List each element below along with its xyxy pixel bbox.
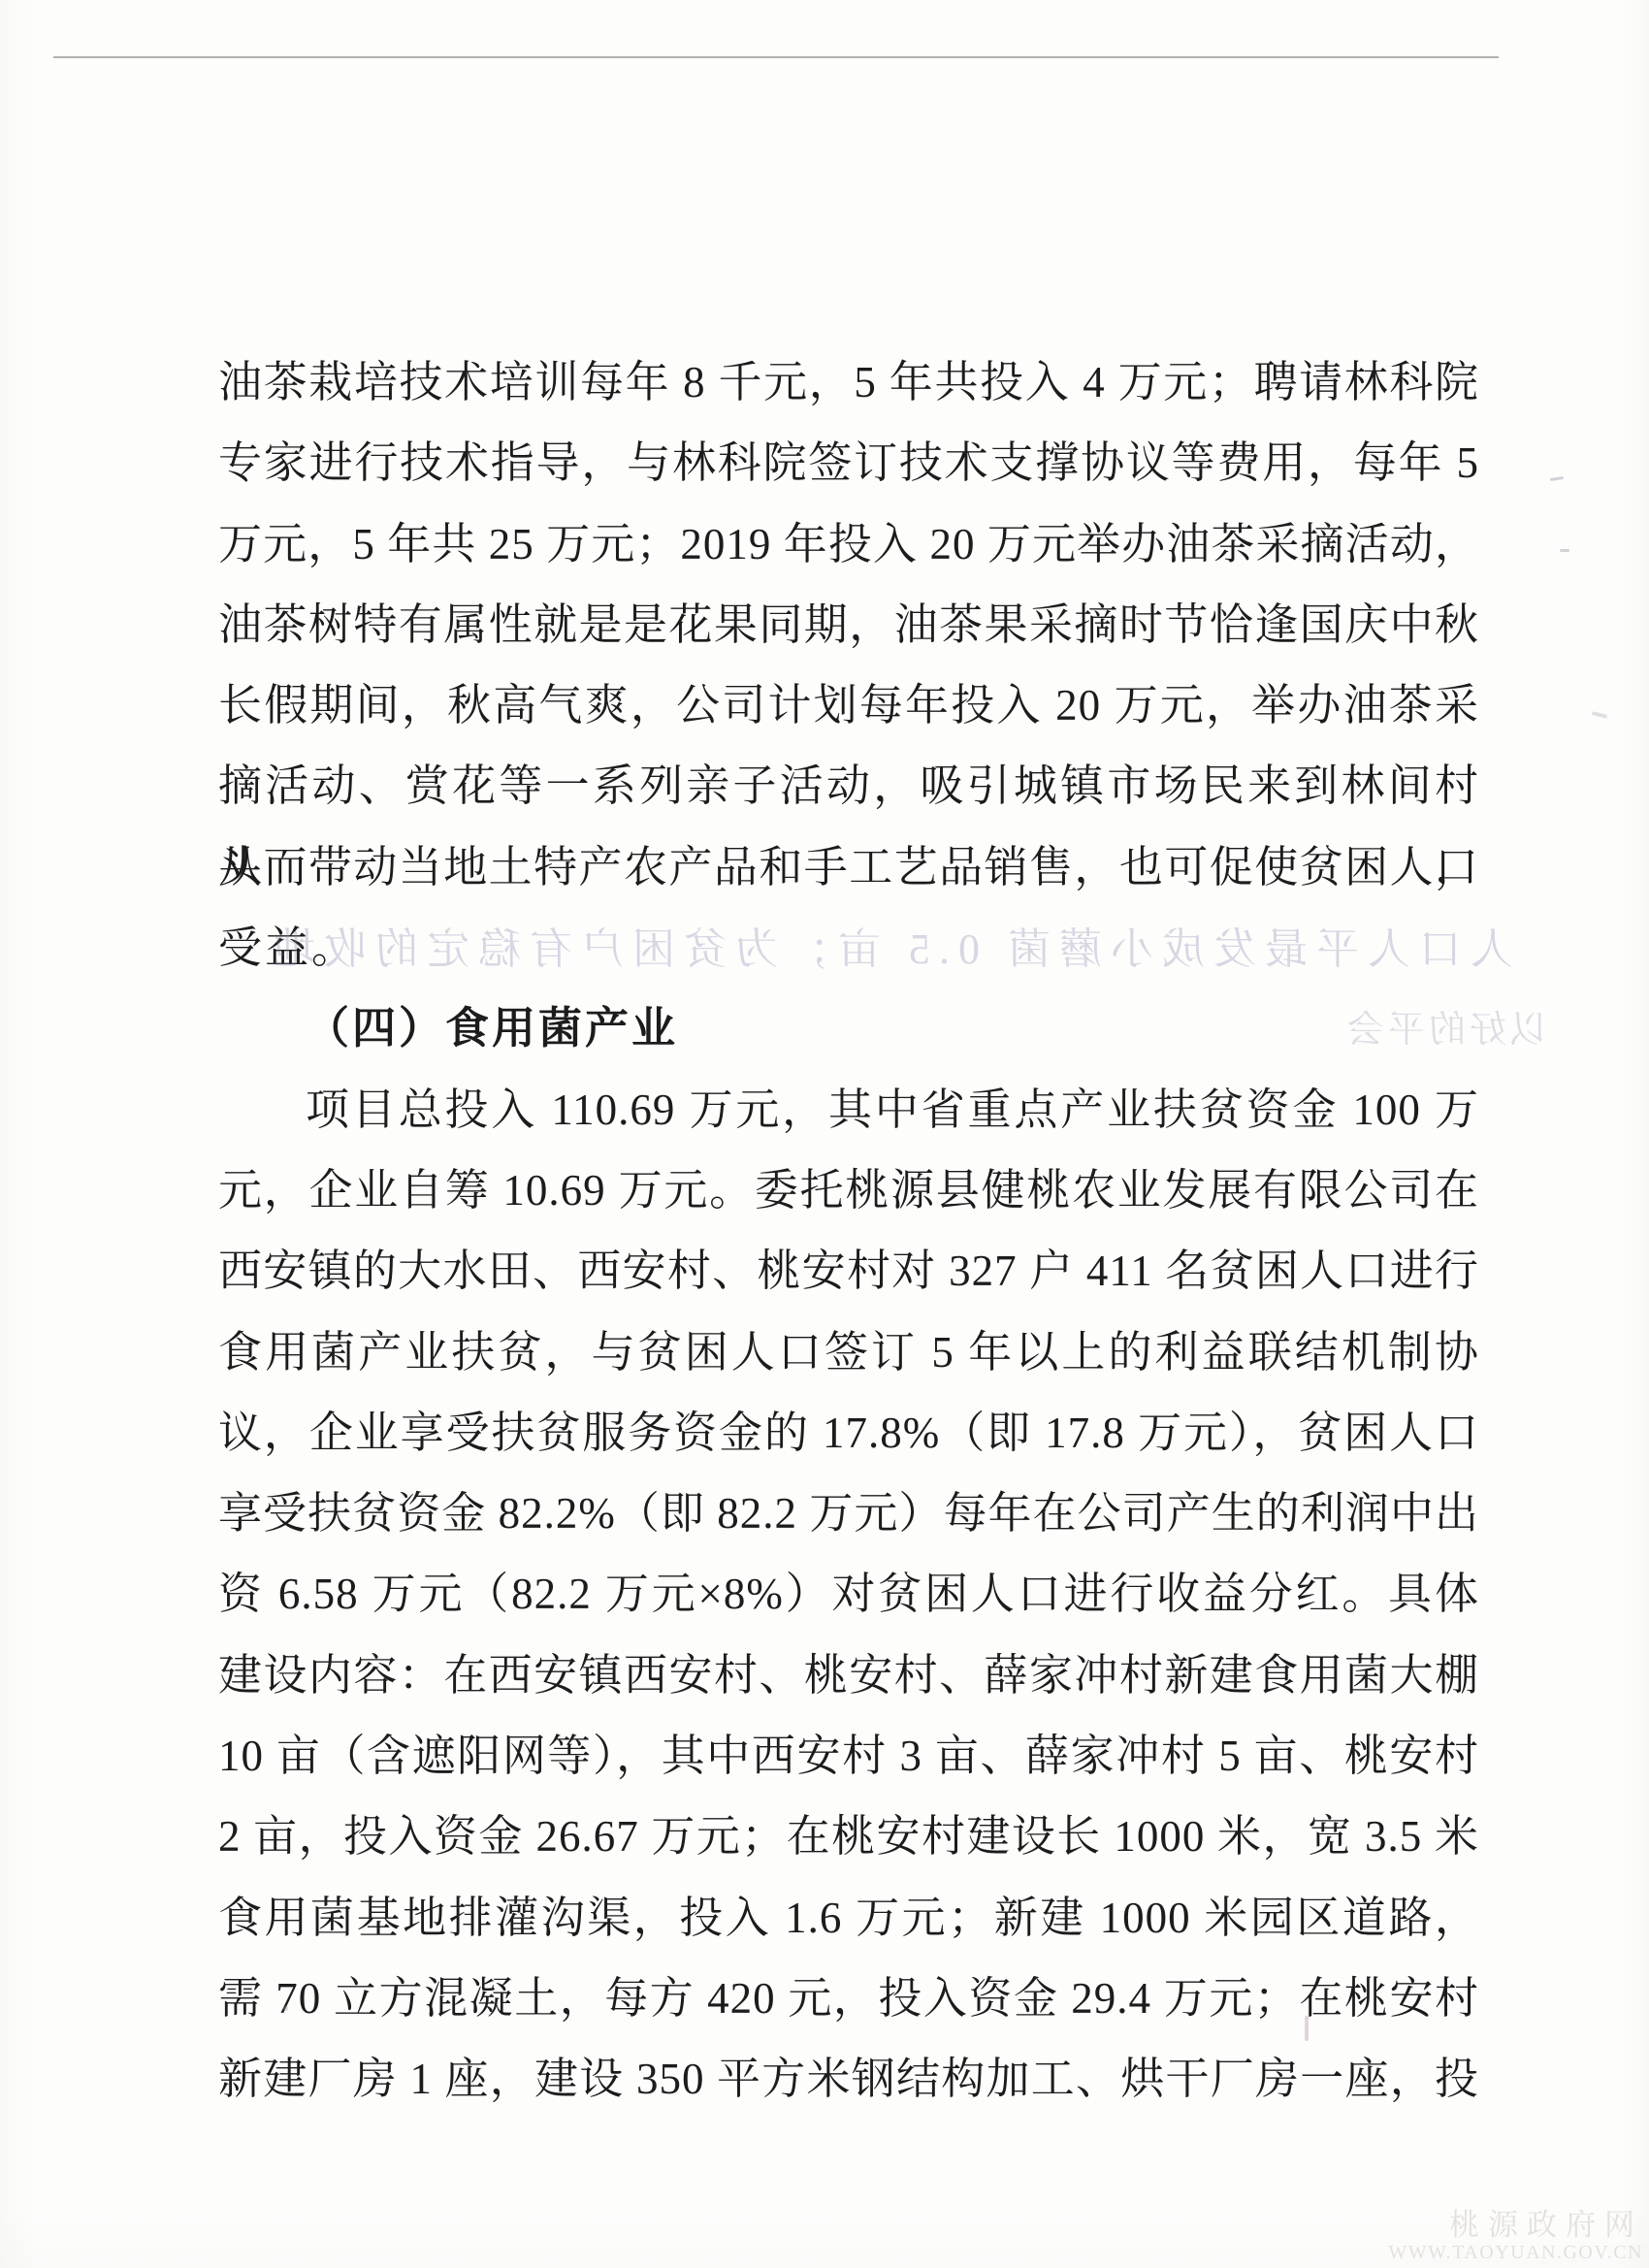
text-line: 受益。	[218, 908, 1479, 988]
site-watermark: 桃源政府网 WWW.TAOYUAN.GOV.CN	[1388, 2210, 1643, 2264]
watermark-url: WWW.TAOYUAN.GOV.CN	[1388, 2241, 1643, 2264]
text-line: 项目总投入 110.69 万元，其中省重点产业扶贫资金 100 万	[218, 1070, 1479, 1150]
text-line: 油茶栽培技术培训每年 8 千元，5 年共投入 4 万元；聘请林科院	[218, 342, 1479, 423]
document-lines: 油茶栽培技术培训每年 8 千元，5 年共投入 4 万元；聘请林科院专家进行技术指…	[218, 342, 1479, 2121]
scan-speck	[283, 2006, 288, 2011]
text-line: 食用菌基地排灌沟渠，投入 1.6 万元；新建 1000 米园区道路，	[218, 1878, 1479, 1959]
scan-speck	[1550, 476, 1564, 481]
text-line: 新建厂房 1 座，建设 350 平方米钢结构加工、烘干厂房一座，投	[218, 2039, 1479, 2120]
text-line: 2 亩，投入资金 26.67 万元；在桃安村建设长 1000 米，宽 3.5 米	[218, 1797, 1479, 1877]
text-line: 资 6.58 万元（82.2 万元×8%）对贫困人口进行收益分红。具体	[218, 1554, 1479, 1635]
text-line: 10 亩（含遮阳网等），其中西安村 3 亩、薛家冲村 5 亩、桃安村	[218, 1716, 1479, 1797]
text-line: 摘活动、赏花等一系列亲子活动，吸引城镇市场民来到林间村头，	[218, 746, 1479, 826]
scanned-document-page: 油茶栽培技术培训每年 8 千元，5 年共投入 4 万元；聘请林科院专家进行技术指…	[0, 0, 1649, 2268]
text-line: 食用菌产业扶贫，与贫困人口签订 5 年以上的利益联结机制协	[218, 1312, 1479, 1393]
page-top-rule	[53, 56, 1499, 58]
text-line: 从而带动当地土特产农产品和手工艺品销售，也可促使贫困人口	[218, 827, 1479, 908]
text-line: 油茶树特有属性就是是花果同期，油茶果采摘时节恰逢国庆中秋	[218, 585, 1479, 665]
text-line: 专家进行技术指导，与林科院签订技术支撑协议等费用，每年 5	[218, 423, 1479, 503]
text-line: 需 70 立方混凝土，每方 420 元，投入资金 29.4 万元；在桃安村	[218, 1959, 1479, 2039]
scan-speck	[1592, 711, 1607, 719]
text-line: 长假期间，秋高气爽，公司计划每年投入 20 万元，举办油茶采	[218, 665, 1479, 746]
scan-speck	[1560, 549, 1569, 552]
text-line: 万元，5 年共 25 万元；2019 年投入 20 万元举办油茶采摘活动，	[218, 504, 1479, 585]
text-line: 议，企业享受扶贫服务资金的 17.8%（即 17.8 万元），贫困人口	[218, 1393, 1479, 1474]
scan-speck	[1305, 2016, 1309, 2041]
section-heading: （四）食用菌产业	[218, 988, 1479, 1069]
text-line: 享受扶贫资金 82.2%（即 82.2 万元）每年在公司产生的利润中出	[218, 1474, 1479, 1554]
watermark-chinese: 桃源政府网	[1388, 2210, 1643, 2241]
text-line: 建设内容：在西安镇西安村、桃安村、薛家冲村新建食用菌大棚	[218, 1636, 1479, 1716]
text-line: 元，企业自筹 10.69 万元。委托桃源县健桃农业发展有限公司在	[218, 1150, 1479, 1231]
text-line: 西安镇的大水田、西安村、桃安村对 327 户 411 名贫困人口进行	[218, 1231, 1479, 1312]
